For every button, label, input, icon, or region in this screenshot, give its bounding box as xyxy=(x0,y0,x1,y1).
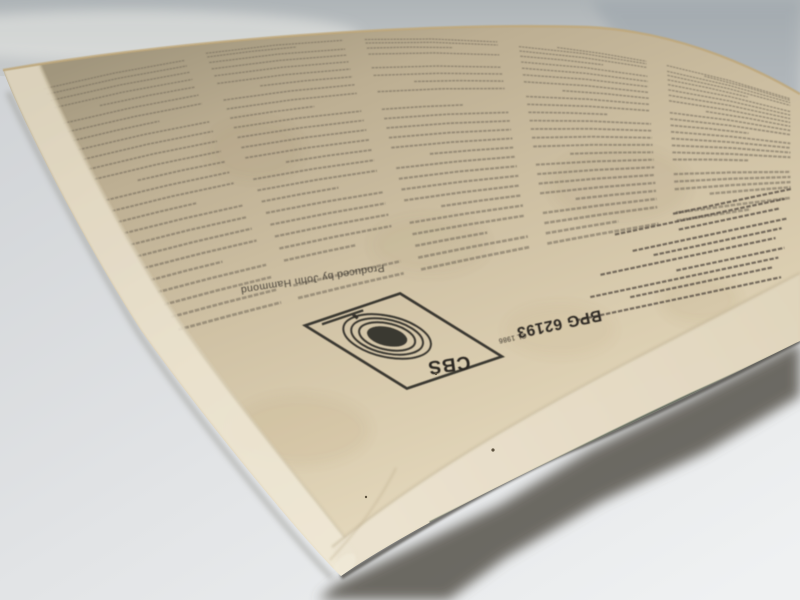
liner-text-line xyxy=(673,160,750,161)
photo-of-record-sleeve: Produced by John Hammond CBS BPG 62193 xyxy=(0,0,800,600)
